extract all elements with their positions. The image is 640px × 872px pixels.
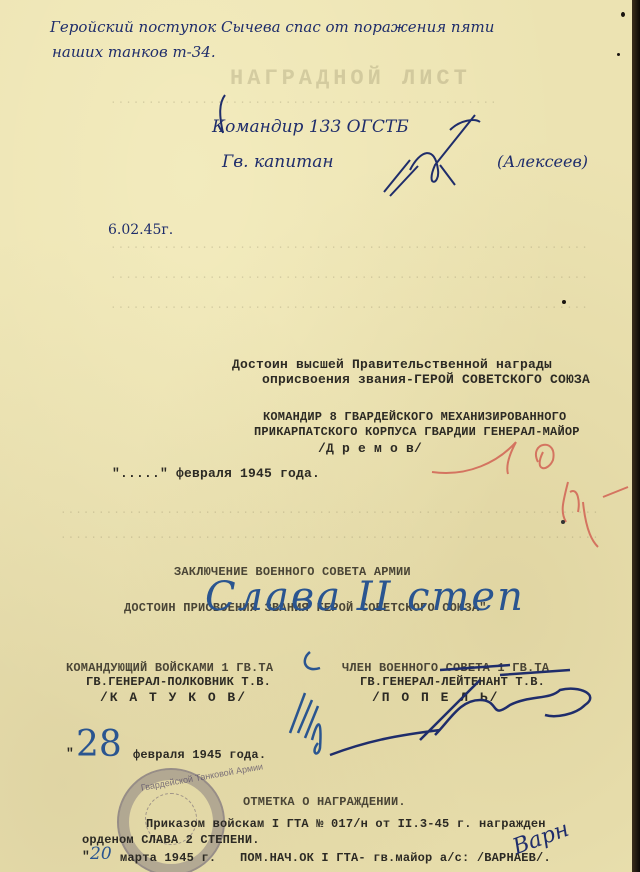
council-date-quote: " <box>66 746 74 761</box>
award-note-date-quote: " <box>82 849 90 864</box>
award-note-date-day: 20 <box>90 844 112 864</box>
left-signatory-name: /К А Т У К О В/ <box>100 690 247 705</box>
paper-speck <box>562 300 566 304</box>
corps-commander-name: /Д р е м о в/ <box>318 441 422 456</box>
army-council-handwritten-override: Слава II степ <box>205 574 525 620</box>
corps-commander-position-line1: КОМАНДИР 8 ГВАРДЕЙСКОГО МЕХАНИЗИРОВАННОГ… <box>263 410 566 424</box>
corps-recommendation-line2: оприсвоения звания-ГЕРОЙ СОВЕТСКОГО СОЮЗ… <box>262 372 590 387</box>
paper-speck <box>617 53 620 56</box>
council-date-day: 28 <box>76 724 122 765</box>
commander-signature-icon <box>380 110 490 200</box>
handwritten-note-line1: Геройский поступок Сычева спас от пораже… <box>50 18 494 36</box>
award-note-signer: ПОМ.НАЧ.ОК I ГТА- гв.майор а/с: /ВАРНАЕВ… <box>240 851 551 865</box>
paper-speck <box>561 520 565 524</box>
corps-recommendation-date: "....." февраля 1945 года. <box>112 466 320 481</box>
page-edge-shadow <box>632 0 640 872</box>
paper-speck <box>621 12 625 17</box>
ghost-line: ........................................… <box>110 300 589 312</box>
handwritten-note-line2: наших танков т-34. <box>52 43 216 61</box>
award-sheet-page: НАГРАДНОЙ ЛИСТ .........................… <box>0 0 634 872</box>
award-note-line1: Приказом войскам I ГТА № 017/н от II.3-4… <box>146 817 546 831</box>
award-note-heading: ОТМЕТКА О НАГРАЖДЕНИИ. <box>243 795 406 809</box>
commander-rank: Гв. капитан <box>222 152 334 172</box>
corps-recommendation-line1: Достоин высшей Правительственной награды <box>232 357 552 372</box>
council-date-rest: февраля 1945 года. <box>133 748 266 762</box>
left-signatory-position: КОМАНДУЮЩИЙ ВОЙСКАМИ 1 ГВ.ТА <box>66 661 273 675</box>
commander-date: 6.02.45г. <box>108 222 173 238</box>
ghost-title: НАГРАДНОЙ ЛИСТ <box>230 66 471 91</box>
ghost-line: ........................................… <box>110 270 589 282</box>
left-signatory-rank: ГВ.ГЕНЕРАЛ-ПОЛКОВНИК Т.В. <box>86 675 271 689</box>
popel-signature-icon <box>330 660 610 760</box>
award-note-date-rest: марта 1945 г. <box>120 851 216 865</box>
ghost-line: ........................................… <box>110 95 498 107</box>
ghost-line: ........................................… <box>110 240 589 252</box>
commander-name: (Алексеев) <box>497 152 588 171</box>
red-pencil-signature-icon <box>428 432 628 552</box>
